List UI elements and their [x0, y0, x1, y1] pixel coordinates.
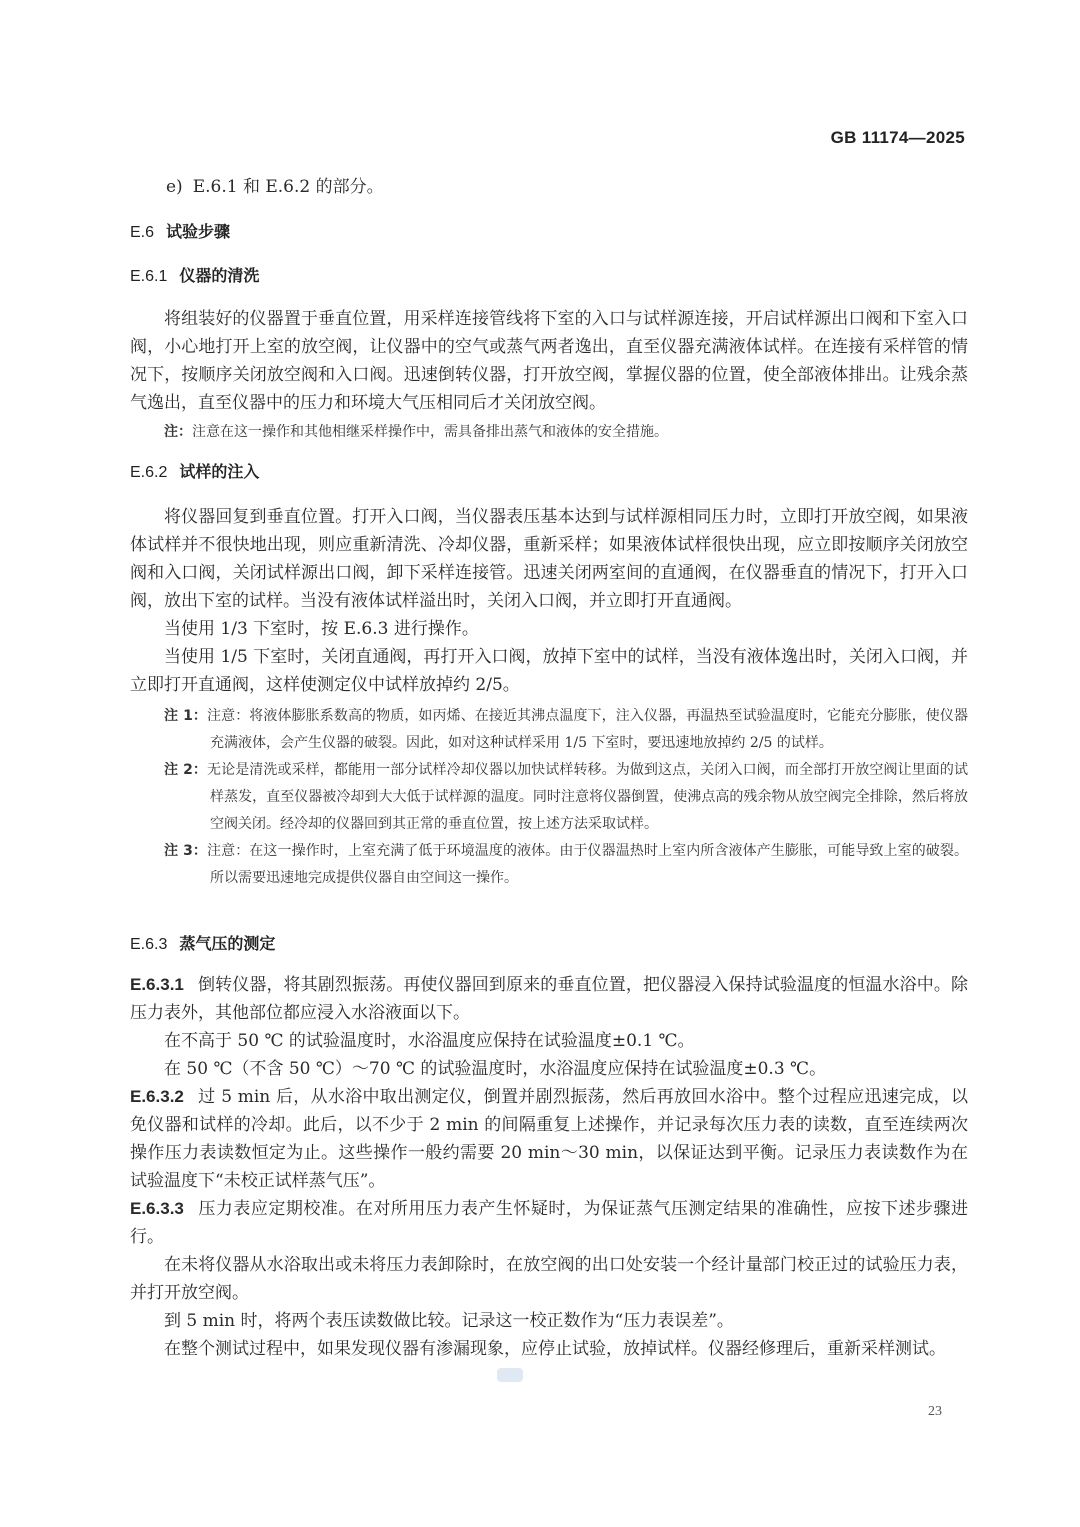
- list-item-e: e)E.6.1 和 E.6.2 的部分。: [130, 173, 968, 201]
- clause-text: 压力表应定期校准。在对所用压力表产生怀疑时，为保证蒸气压测定结果的准确性，应按下…: [130, 1199, 968, 1247]
- section-e63-body: E.6.3.1倒转仪器，将其剧烈振荡。再使仪器回到原来的垂直位置，把仪器浸入保持…: [130, 971, 968, 1363]
- section-number: E.6.1: [130, 265, 167, 289]
- section-e62-body: 将仪器回复到垂直位置。打开入口阀，当仪器表压基本达到与试样源相同压力时，立即打开…: [130, 503, 968, 892]
- note-text: 无论是清洗或采样，都能用一部分试样冷却仪器以加快试样转移。为做到这点，关闭入口阀…: [207, 762, 968, 832]
- clause-number: E.6.3.1: [130, 975, 184, 994]
- clause-number: E.6.3.3: [130, 1199, 184, 1218]
- clause-text: 倒转仪器，将其剧烈振荡。再使仪器回到原来的垂直位置，把仪器浸入保持试验温度的恒温…: [130, 975, 968, 1023]
- section-title: 试验步骤: [166, 222, 230, 241]
- note-label: 注 2：: [164, 762, 207, 778]
- note: 注：注意在这一操作和其他相继采样操作中，需具备排出蒸气和液体的安全措施。: [130, 419, 968, 446]
- document-page: GB 11174—2025 e)E.6.1 和 E.6.2 的部分。 E.6试验…: [0, 0, 1080, 1527]
- section-title: 仪器的清洗: [179, 266, 259, 285]
- section-e61-body: 将组装好的仪器置于垂直位置，用采样连接管线将下室的入口与试样源连接，开启试样源出…: [130, 305, 968, 446]
- section-number: E.6: [130, 221, 154, 245]
- clause-e633: E.6.3.3压力表应定期校准。在对所用压力表产生怀疑时，为保证蒸气压测定结果的…: [130, 1195, 968, 1251]
- section-title: 蒸气压的测定: [179, 934, 275, 953]
- list-marker: e): [166, 177, 183, 197]
- paragraph: 当使用 1/3 下室时，按 E.6.3 进行操作。: [130, 615, 968, 643]
- note-text: 注意：将液体膨胀系数高的物质，如丙烯、在接近其沸点温度下，注入仪器，再温热至试验…: [207, 708, 968, 751]
- paragraph: 到 5 min 时，将两个表压读数做比较。记录这一校正数作为“压力表误差”。: [130, 1307, 968, 1335]
- note-label: 注：: [164, 424, 192, 440]
- clause-e632: E.6.3.2过 5 min 后，从水浴中取出测定仪，倒置并剧烈振荡，然后再放回…: [130, 1083, 968, 1195]
- section-e62-heading: E.6.2试样的注入: [130, 460, 968, 485]
- note-text: 注意：在这一操作时，上室充满了低于环境温度的液体。由于仪器温热时上室内所含液体产…: [207, 843, 968, 886]
- section-e6-heading: E.6试验步骤: [130, 220, 968, 245]
- section-number: E.6.3: [130, 933, 167, 957]
- paragraph: 当使用 1/5 下室时，关闭直通阀，再打开入口阀，放掉下室中的试样，当没有液体逸…: [130, 643, 968, 699]
- paragraph: 在整个测试过程中，如果发现仪器有渗漏现象，应停止试验，放掉试样。仪器经修理后，重…: [130, 1335, 968, 1363]
- section-number: E.6.2: [130, 461, 167, 485]
- list-item-text: E.6.1 和 E.6.2 的部分。: [193, 177, 384, 197]
- paragraph: 在不高于 50 ℃ 的试验温度时，水浴温度应保持在试验温度±0.1 ℃。: [130, 1027, 968, 1055]
- section-e63-heading: E.6.3蒸气压的测定: [130, 932, 968, 957]
- section-title: 试样的注入: [179, 462, 259, 481]
- note-3: 注 3：注意：在这一操作时，上室充满了低于环境温度的液体。由于仪器温热时上室内所…: [130, 838, 968, 892]
- clause-text: 过 5 min 后，从水浴中取出测定仪，倒置并剧烈振荡，然后再放回水浴中。整个过…: [130, 1087, 968, 1191]
- standard-number: GB 11174—2025: [831, 128, 965, 148]
- paragraph: 将仪器回复到垂直位置。打开入口阀，当仪器表压基本达到与试样源相同压力时，立即打开…: [130, 503, 968, 615]
- paragraph: 在 50 ℃（不含 50 ℃）～70 ℃ 的试验温度时，水浴温度应保持在试验温度…: [130, 1055, 968, 1083]
- note-text: 注意在这一操作和其他相继采样操作中，需具备排出蒸气和液体的安全措施。: [192, 424, 668, 440]
- note-1: 注 1：注意：将液体膨胀系数高的物质，如丙烯、在接近其沸点温度下，注入仪器，再温…: [130, 703, 968, 757]
- section-e61-heading: E.6.1仪器的清洗: [130, 264, 968, 289]
- paragraph: 将组装好的仪器置于垂直位置，用采样连接管线将下室的入口与试样源连接，开启试样源出…: [130, 305, 968, 417]
- paragraph: 在未将仪器从水浴取出或未将压力表卸除时，在放空阀的出口处安装一个经计量部门校正过…: [130, 1251, 968, 1307]
- note-2: 注 2：无论是清洗或采样，都能用一部分试样冷却仪器以加快试样转移。为做到这点，关…: [130, 757, 968, 838]
- clause-e631: E.6.3.1倒转仪器，将其剧烈振荡。再使仪器回到原来的垂直位置，把仪器浸入保持…: [130, 971, 968, 1027]
- note-label: 注 3：: [164, 843, 207, 859]
- clause-number: E.6.3.2: [130, 1087, 184, 1106]
- watermark-logo: [497, 1368, 523, 1382]
- note-label: 注 1：: [164, 708, 207, 724]
- page-number: 23: [928, 1404, 942, 1420]
